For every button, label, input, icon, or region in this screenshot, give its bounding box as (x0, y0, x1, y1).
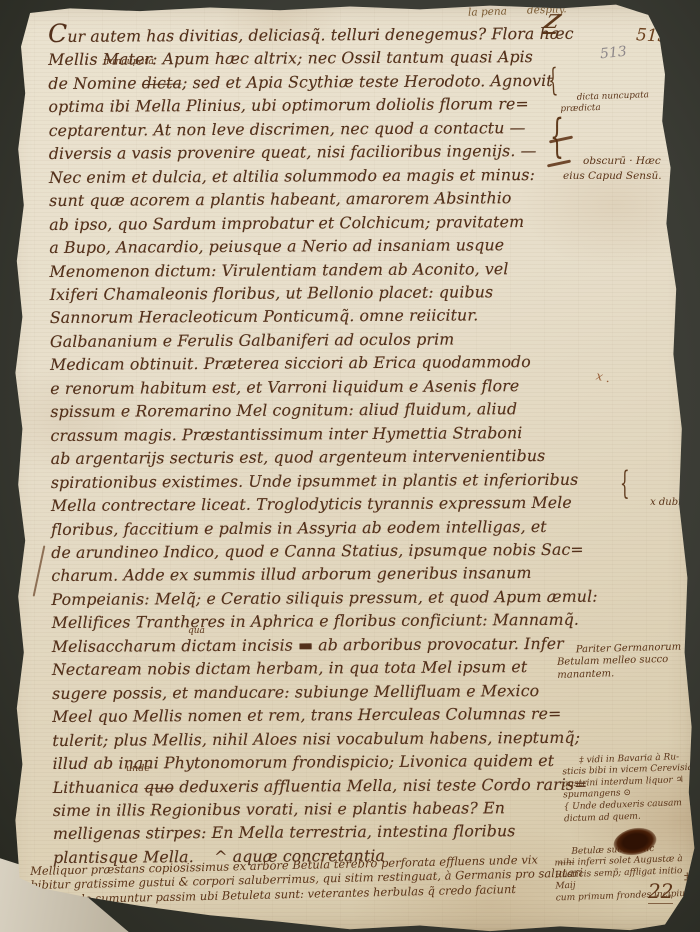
margin-note-text: Pariter Germanorum Betulam melleo succo … (557, 641, 681, 680)
margin-note-text: obscurū · Hæc eius Capud Sensū. (563, 155, 662, 182)
margin-note-obscurum: { obscurū · Hæc eius Capud Sensū. (563, 124, 693, 199)
margin-note-betula-germanorum: Pariter Germanorum Betulam melleo succo … (556, 628, 698, 695)
small-x-mark-icon: x . (595, 369, 612, 386)
interlinear-insertion-qua: quā (188, 626, 205, 636)
folio-bottom-mark-icon: ‡ (684, 871, 691, 886)
manuscript-page: la pena despily. Z 513 513 Cur autem has… (0, 0, 700, 932)
margin-note-text: ‡ vidi in Bavaria à Ru- sticis bibi in v… (562, 752, 696, 824)
margin-brace-icon: { (548, 69, 558, 92)
margin-note-bavaria: ‡ vidi in Bavaria à Ru- sticis bibi in v… (561, 740, 698, 837)
pen-stroke-icon (33, 545, 46, 596)
main-text-block: Cur autem has divitias, deliciasq̃. tell… (48, 19, 609, 870)
interlinear-insertion-unde: unde (126, 763, 150, 774)
interlinear-insertion-nuncupata: nuncupata (103, 56, 154, 67)
folio-number-ink: 513 (635, 25, 668, 47)
photo-backdrop: la pena despily. Z 513 513 Cur autem has… (0, 0, 700, 932)
margin-note-nuncupata: { dicta nuncupata prædicta (559, 67, 693, 127)
margin-note-text: x dubito (650, 497, 691, 508)
margin-note-dubito: { x dubito (631, 473, 695, 521)
folio-number-bottom: 22 (648, 879, 673, 904)
margin-note-text: dicta nuncupata prædicta (560, 90, 652, 114)
margin-brace-icon: { (620, 471, 630, 496)
